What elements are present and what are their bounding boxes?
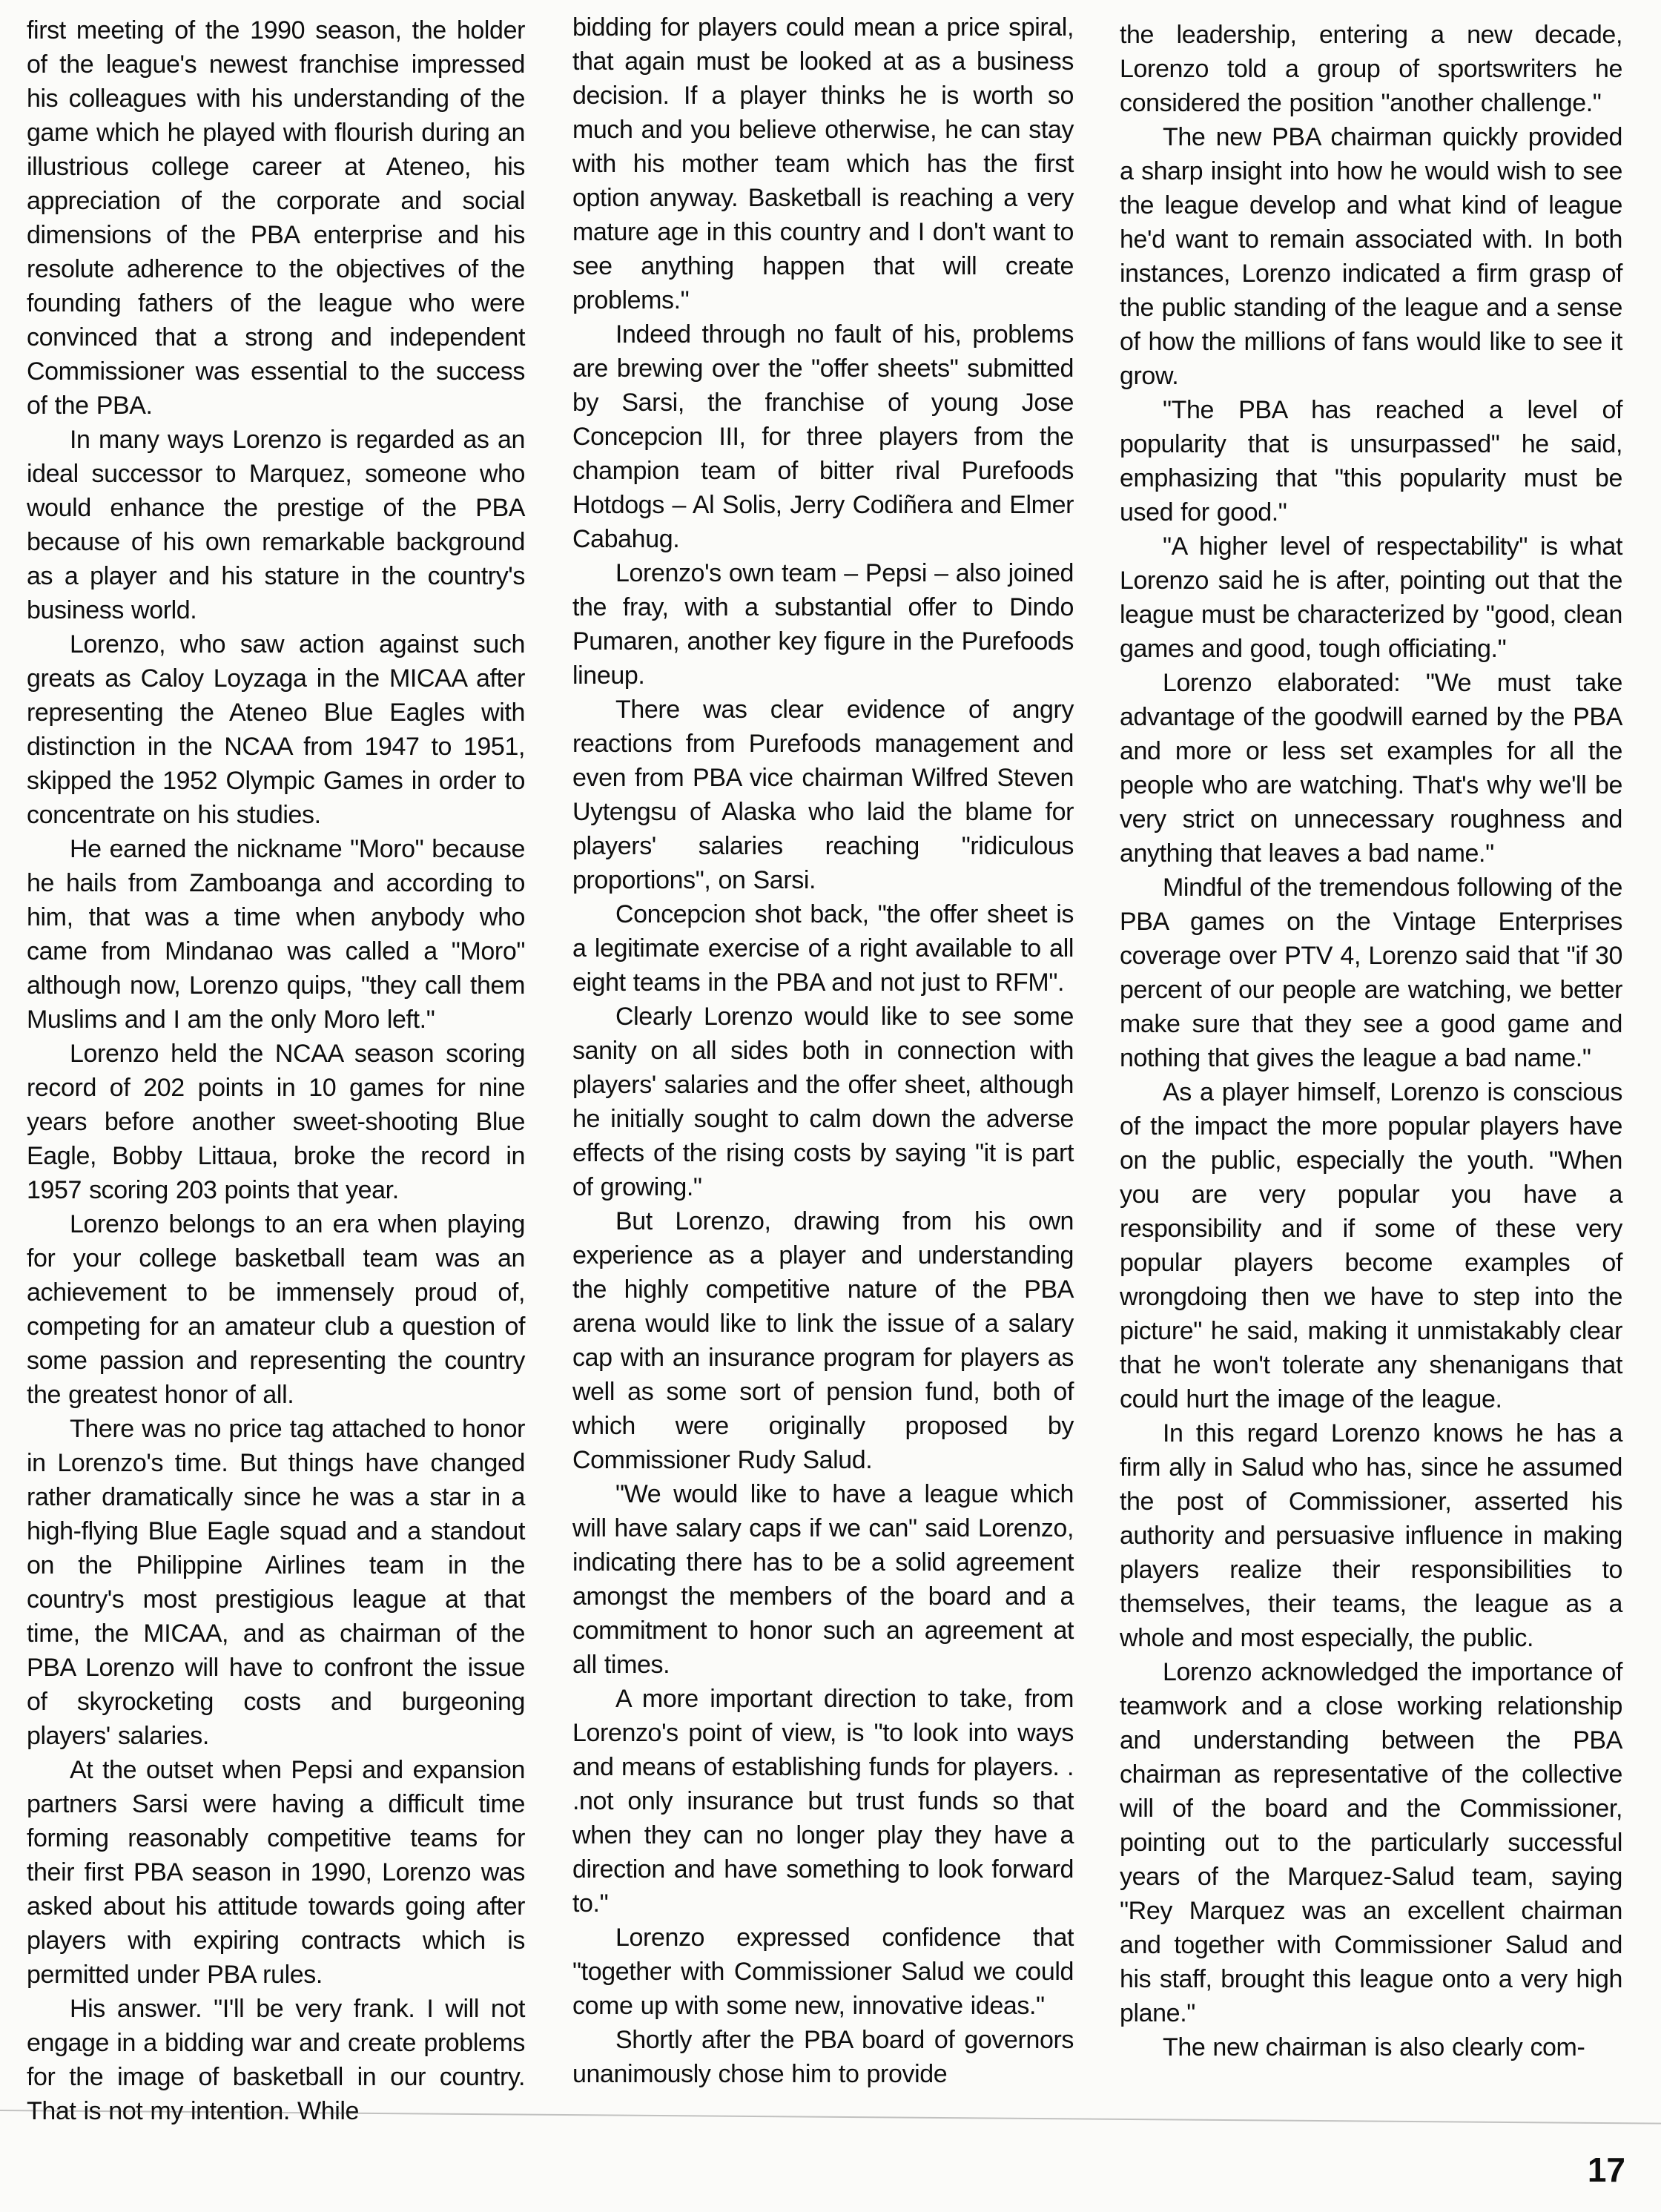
paragraph: Lorenzo expressed confidence that "toget… (572, 1921, 1074, 2023)
page-number: 17 (1588, 2150, 1625, 2190)
paragraph: As a player himself, Lorenzo is consciou… (1120, 1075, 1622, 1416)
paragraph: Concepcion shot back, "the offer sheet i… (572, 897, 1074, 1000)
paragraph: Lorenzo held the NCAA season scoring rec… (27, 1037, 525, 1207)
paragraph: But Lorenzo, drawing from his own experi… (572, 1204, 1074, 1477)
paragraph: bidding for players could mean a price s… (572, 10, 1074, 317)
paragraph: Shortly after the PBA board of governors… (572, 2023, 1074, 2091)
article-column-2: bidding for players could mean a price s… (572, 10, 1074, 2091)
paragraph: Lorenzo, who saw action against such gre… (27, 627, 525, 832)
paragraph: Lorenzo belongs to an era when playing f… (27, 1207, 525, 1412)
paragraph: first meeting of the 1990 season, the ho… (27, 13, 525, 423)
paragraph: The new PBA chairman quickly provided a … (1120, 120, 1622, 393)
paragraph: Clearly Lorenzo would like to see some s… (572, 1000, 1074, 1204)
paragraph: "We would like to have a league which wi… (572, 1477, 1074, 1682)
paragraph: His answer. "I'll be very frank. I will … (27, 1992, 525, 2128)
article-column-1: first meeting of the 1990 season, the ho… (27, 13, 525, 2128)
paragraph: "A higher level of respectability" is wh… (1120, 529, 1622, 666)
paragraph: In this regard Lorenzo knows he has a fi… (1120, 1416, 1622, 1655)
paragraph: Lorenzo elaborated: "We must take advant… (1120, 666, 1622, 871)
paragraph: "The PBA has reached a level of populari… (1120, 393, 1622, 529)
paragraph: Indeed through no fault of his, problems… (572, 317, 1074, 556)
paragraph: The new chairman is also clearly com- (1120, 2030, 1622, 2064)
paragraph: There was clear evidence of angry reacti… (572, 693, 1074, 897)
paragraph: the leadership, entering a new decade, L… (1120, 18, 1622, 120)
paragraph: In many ways Lorenzo is regarded as an i… (27, 423, 525, 627)
paragraph: At the outset when Pepsi and expansion p… (27, 1753, 525, 1992)
article-column-3: the leadership, entering a new decade, L… (1120, 18, 1622, 2064)
paragraph: Lorenzo's own team – Pepsi – also joined… (572, 556, 1074, 693)
paragraph: He earned the nickname "Moro" because he… (27, 832, 525, 1037)
paragraph: A more important direction to take, from… (572, 1682, 1074, 1921)
paragraph: Mindful of the tremendous following of t… (1120, 871, 1622, 1075)
paragraph: Lorenzo acknowledged the importance of t… (1120, 1655, 1622, 2030)
paragraph: There was no price tag attached to honor… (27, 1412, 525, 1753)
